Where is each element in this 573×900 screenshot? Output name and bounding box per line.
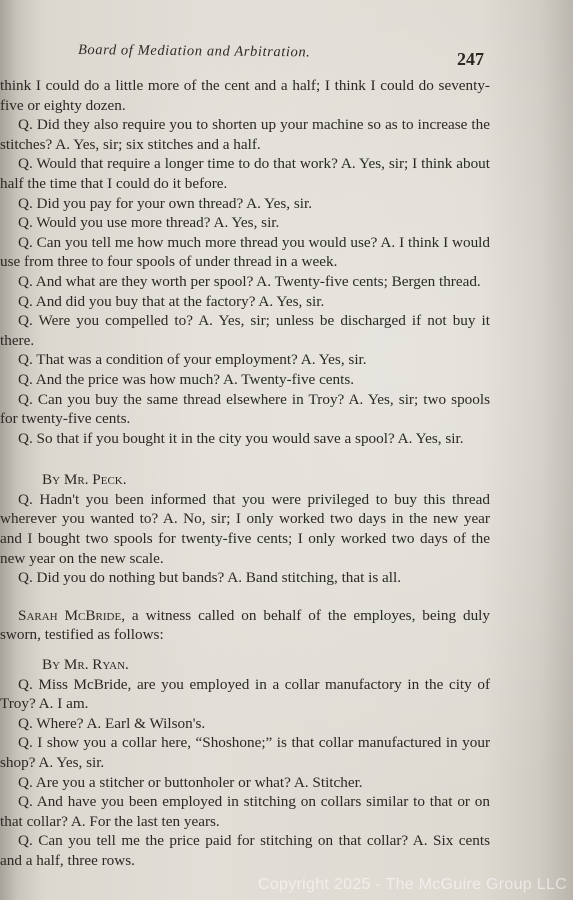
witness-intro: Sarah McBride, a witness called on behal…	[0, 606, 490, 645]
qa-paragraph: Q. Did they also require you to shorten …	[0, 115, 490, 154]
qa-paragraph: Q. Did you do nothing but bands? A. Band…	[0, 568, 490, 588]
running-head: Board of Mediation and Arbitration.	[78, 42, 311, 61]
qa-paragraph: Q. Were you compelled to? A. Yes, sir; u…	[0, 311, 490, 350]
qa-paragraph: Q. Where? A. Earl & Wilson's.	[0, 714, 490, 734]
qa-paragraph: Q. I show you a collar here, “Shoshone;”…	[0, 733, 490, 772]
qa-paragraph: Q. Miss McBride, are you employed in a c…	[0, 675, 490, 714]
qa-paragraph: Q. And did you buy that at the factory? …	[0, 292, 490, 312]
paragraph-continuation: think I could do a little more of the ce…	[0, 76, 490, 115]
qa-paragraph: Q. Can you tell me the price paid for st…	[0, 831, 490, 870]
qa-paragraph: Q. Are you a stitcher or buttonholer or …	[0, 773, 490, 793]
qa-paragraph: Q. That was a condition of your employme…	[0, 350, 490, 370]
qa-paragraph: Q. Can you tell me how much more thread …	[0, 233, 490, 272]
body-text: think I could do a little more of the ce…	[0, 76, 490, 871]
book-page: Board of Mediation and Arbitration. 247 …	[0, 0, 573, 900]
qa-paragraph: Q. Can you buy the same thread elsewhere…	[0, 390, 490, 429]
qa-paragraph: Q. And the price was how much? A. Twenty…	[0, 370, 490, 390]
qa-paragraph: Q. Would you use more thread? A. Yes, si…	[0, 213, 490, 233]
witness-name: Sarah McBride	[18, 607, 121, 624]
qa-paragraph: Q. Hadn't you been informed that you wer…	[0, 490, 490, 568]
examiner-heading: By Mr. Ryan.	[0, 655, 490, 675]
examiner-heading: By Mr. Peck.	[0, 470, 490, 490]
running-head-text: Board of Mediation and Arbitration.	[78, 42, 311, 60]
qa-paragraph: Q. And what are they worth per spool? A.…	[0, 272, 490, 292]
page-number: 247	[457, 49, 484, 70]
qa-paragraph: Q. Would that require a longer time to d…	[0, 154, 490, 193]
qa-paragraph: Q. So that if you bought it in the city …	[0, 429, 490, 449]
qa-paragraph: Q. Did you pay for your own thread? A. Y…	[0, 194, 490, 214]
qa-paragraph: Q. And have you been employed in stitchi…	[0, 792, 490, 831]
copyright-watermark: Copyright 2025 - The McGuire Group LLC	[258, 876, 567, 894]
